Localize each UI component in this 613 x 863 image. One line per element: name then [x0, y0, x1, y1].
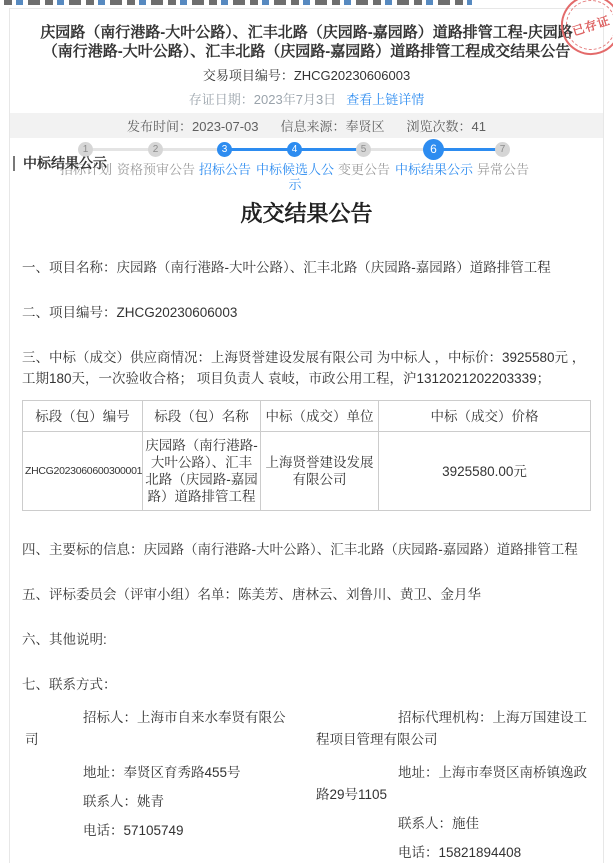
tenderer-address: 地址：奉贤区育秀路455号	[25, 762, 295, 784]
step-connector-2-3	[156, 148, 225, 151]
publish-info-bar: 发布时间：2023-07-03 信息来源：奉贤区 浏览次数：41	[10, 113, 603, 138]
announcement-card: 庆园路（南行港路-大叶公路）、汇丰北路（庆园路-嘉园路）道路排管工程-庆园路（南…	[9, 8, 604, 863]
bid-result-table: 标段（包）编号 标段（包）名称 中标（成交）单位 中标（成交）价格 ZHCG20…	[22, 400, 591, 511]
agency-contact-person: 联系人：施佳	[316, 813, 589, 835]
paragraph-subject-info: 四、主要标的信息：庆园路（南行港路-大叶公路）、汇丰北路（庆园路-嘉园路）道路排…	[22, 539, 589, 560]
step-connector-1-2	[86, 148, 156, 151]
step-node-7: 7	[495, 142, 510, 157]
paragraph-project-number: 二、项目编号：ZHCG20230606003	[22, 302, 589, 323]
contact-section: 招标人：上海市自来水奉贤有限公司 地址：奉贤区育秀路455号 联系人：姚青 电话…	[25, 707, 589, 863]
cell-winning-price: 3925580.00元	[379, 432, 591, 511]
cell-lot-name: 庆园路（南行港路-大叶公路）、汇丰北路（庆园路-嘉园路）道路排管工程	[143, 432, 261, 511]
announcement-title: 成交结果公告	[10, 199, 603, 229]
col-header-lot-number: 标段（包）编号	[23, 401, 143, 432]
publish-time: 发布时间：2023-07-03	[127, 116, 259, 135]
agency-address: 地址：上海市奉贤区南桥镇逸政路29号1105	[316, 762, 589, 806]
step-label-abnormal-notice: 异常公告	[461, 162, 545, 177]
step-node-2: 2	[148, 142, 163, 157]
table-row: ZHCG2023060600300001 庆园路（南行港路-大叶公路）、汇丰北路…	[23, 432, 591, 511]
cell-lot-number: ZHCG2023060600300001	[23, 432, 143, 511]
agency-name: 招标代理机构：上海万国建设工程项目管理有限公司	[316, 707, 589, 751]
view-chain-link[interactable]: 查看上链详情	[346, 92, 424, 107]
paragraph-winning-supplier: 三、中标（成交）供应商情况：上海贤誉建设发展有限公司 为中标人 ，中标价：392…	[22, 347, 589, 389]
info-source: 信息来源：奉贤区	[281, 116, 385, 135]
cert-date-row: 存证日期：2023年7月3日查看上链详情	[10, 89, 603, 108]
paragraph-evaluation-committee: 五、评标委员会（评审小组）名单：陈美芳、唐林云、刘鲁川、黄卫、金月华	[22, 584, 589, 605]
step-connector-6-7	[434, 148, 503, 151]
trade-project-number: 交易项目编号：ZHCG20230606003	[10, 65, 603, 84]
cert-date-label: 存证日期：2023年7月3日	[189, 92, 336, 107]
page-title: 庆园路（南行港路-大叶公路）、汇丰北路（庆园路-嘉园路）道路排管工程-庆园路（南…	[40, 23, 573, 61]
cell-winning-unit: 上海贤誉建设发展有限公司	[261, 432, 379, 511]
table-header-row: 标段（包）编号 标段（包）名称 中标（成交）单位 中标（成交）价格	[23, 401, 591, 432]
tenderer-name: 招标人：上海市自来水奉贤有限公司	[25, 707, 295, 751]
section-header-result-publicity: 中标结果公示	[13, 156, 107, 171]
step-node-6[interactable]: 6	[423, 139, 444, 160]
paragraph-other-notes: 六、其他说明:	[22, 629, 589, 650]
agency-phone: 电话：15821894408	[316, 842, 589, 863]
tenderer-contact-person: 联系人：姚青	[25, 791, 295, 813]
step-connector-4-5	[295, 148, 364, 151]
paragraph-contact-heading: 七、联系方式：	[22, 674, 589, 695]
step-node-3[interactable]: 3	[217, 142, 232, 157]
step-node-4[interactable]: 4	[287, 142, 302, 157]
step-connector-3-4	[225, 148, 295, 151]
clipped-breadcrumb	[4, 0, 472, 5]
paragraph-project-name: 一、项目名称：庆园路（南行港路-大叶公路）、汇丰北路（庆园路-嘉园路）道路排管工…	[22, 257, 589, 278]
step-node-5: 5	[356, 142, 371, 157]
agency-contact-column: 招标代理机构：上海万国建设工程项目管理有限公司 地址：上海市奉贤区南桥镇逸政路2…	[316, 707, 589, 863]
view-count: 浏览次数：41	[407, 116, 486, 135]
col-header-lot-name: 标段（包）名称	[143, 401, 261, 432]
tenderer-phone: 电话：57105749	[25, 820, 295, 842]
col-header-winning-price: 中标（成交）价格	[379, 401, 591, 432]
tenderer-contact-column: 招标人：上海市自来水奉贤有限公司 地址：奉贤区育秀路455号 联系人：姚青 电话…	[25, 707, 295, 863]
col-header-winning-unit: 中标（成交）单位	[261, 401, 379, 432]
